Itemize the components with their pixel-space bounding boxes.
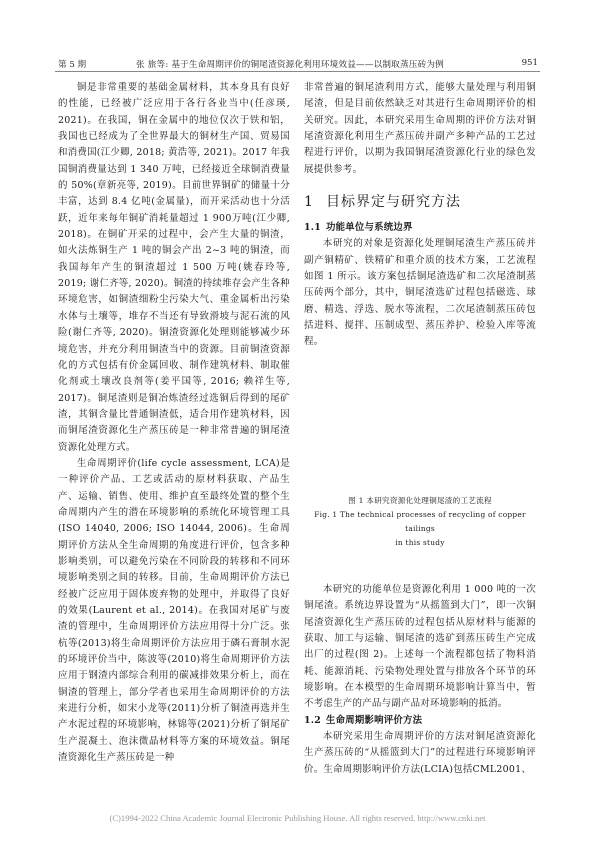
subsection-heading: 1.1功能单位与系统边界 bbox=[304, 220, 536, 236]
section-number: 1 bbox=[304, 192, 326, 212]
body-paragraph-continuation: 非常普遍的铜尾渣利用方式，能够大量处理与利用铜尾渣，但是目前依然缺乏对其进行生命… bbox=[304, 80, 536, 178]
subsection-title: 功能单位与系统边界 bbox=[326, 222, 413, 233]
figure-1-placeholder bbox=[304, 351, 536, 494]
copyright-footer: (C)1994-2022 China Academic Journal Elec… bbox=[0, 813, 595, 823]
figure-caption-en-cont: in this study bbox=[304, 536, 536, 550]
section-title: 目标界定与研究方法 bbox=[326, 194, 461, 210]
running-title: 张 旅等: 基于生命周期评价的铜尾渣资源化利用环境效益——以制取蒸压砖为例 bbox=[136, 58, 444, 70]
body-paragraph: 本研究采用生命周期评价的方法对铜尾渣资源化生产蒸压砖的“从摇篮到大门”的过程进行… bbox=[304, 729, 536, 778]
subsection-title: 生命周期影响评价方法 bbox=[326, 715, 422, 726]
page-number: 951 bbox=[522, 58, 538, 68]
figure-caption: 图 1 本研究资源化处理铜尾渣的工艺流程 Fig. 1 The technica… bbox=[304, 494, 536, 550]
subsection-heading: 1.2生命周期影响评价方法 bbox=[304, 713, 536, 729]
figure-caption-en: Fig. 1 The technical processes of recycl… bbox=[304, 508, 536, 536]
body-paragraph: 铜是非常重要的基础金属材料，其本身具有良好的性能，已经被广泛应用于各行各业当中(… bbox=[58, 80, 290, 456]
body-paragraph: 生命周期评价(life cycle assessment, LCA)是一种评价产… bbox=[58, 456, 290, 767]
left-column: 铜是非常重要的基础金属材料，其本身具有良好的性能，已经被广泛应用于各行各业当中(… bbox=[58, 80, 290, 766]
header-divider bbox=[55, 71, 540, 72]
figure-caption-cn: 图 1 本研究资源化处理铜尾渣的工艺流程 bbox=[304, 494, 536, 508]
right-column: 非常普遍的铜尾渣利用方式，能够大量处理与利用铜尾渣，但是目前依然缺乏对其进行生命… bbox=[304, 80, 536, 778]
subsection-number: 1.1 bbox=[304, 220, 326, 236]
body-paragraph: 本研究的功能单位是资源化利用 1 000 吨的一次铜尾渣。系统边界设置为“从摇篮… bbox=[304, 582, 536, 713]
issue-label: 第 5 期 bbox=[58, 58, 86, 70]
running-header: 第 5 期 张 旅等: 基于生命周期评价的铜尾渣资源化利用环境效益——以制取蒸压… bbox=[58, 56, 538, 72]
section-heading: 1目标界定与研究方法 bbox=[304, 192, 536, 212]
subsection-number: 1.2 bbox=[304, 713, 326, 729]
body-paragraph: 本研究的对象是资源化处理铜尾渣生产蒸压砖并副产铜精矿、铁精矿和重介质的技术方案，… bbox=[304, 236, 536, 350]
